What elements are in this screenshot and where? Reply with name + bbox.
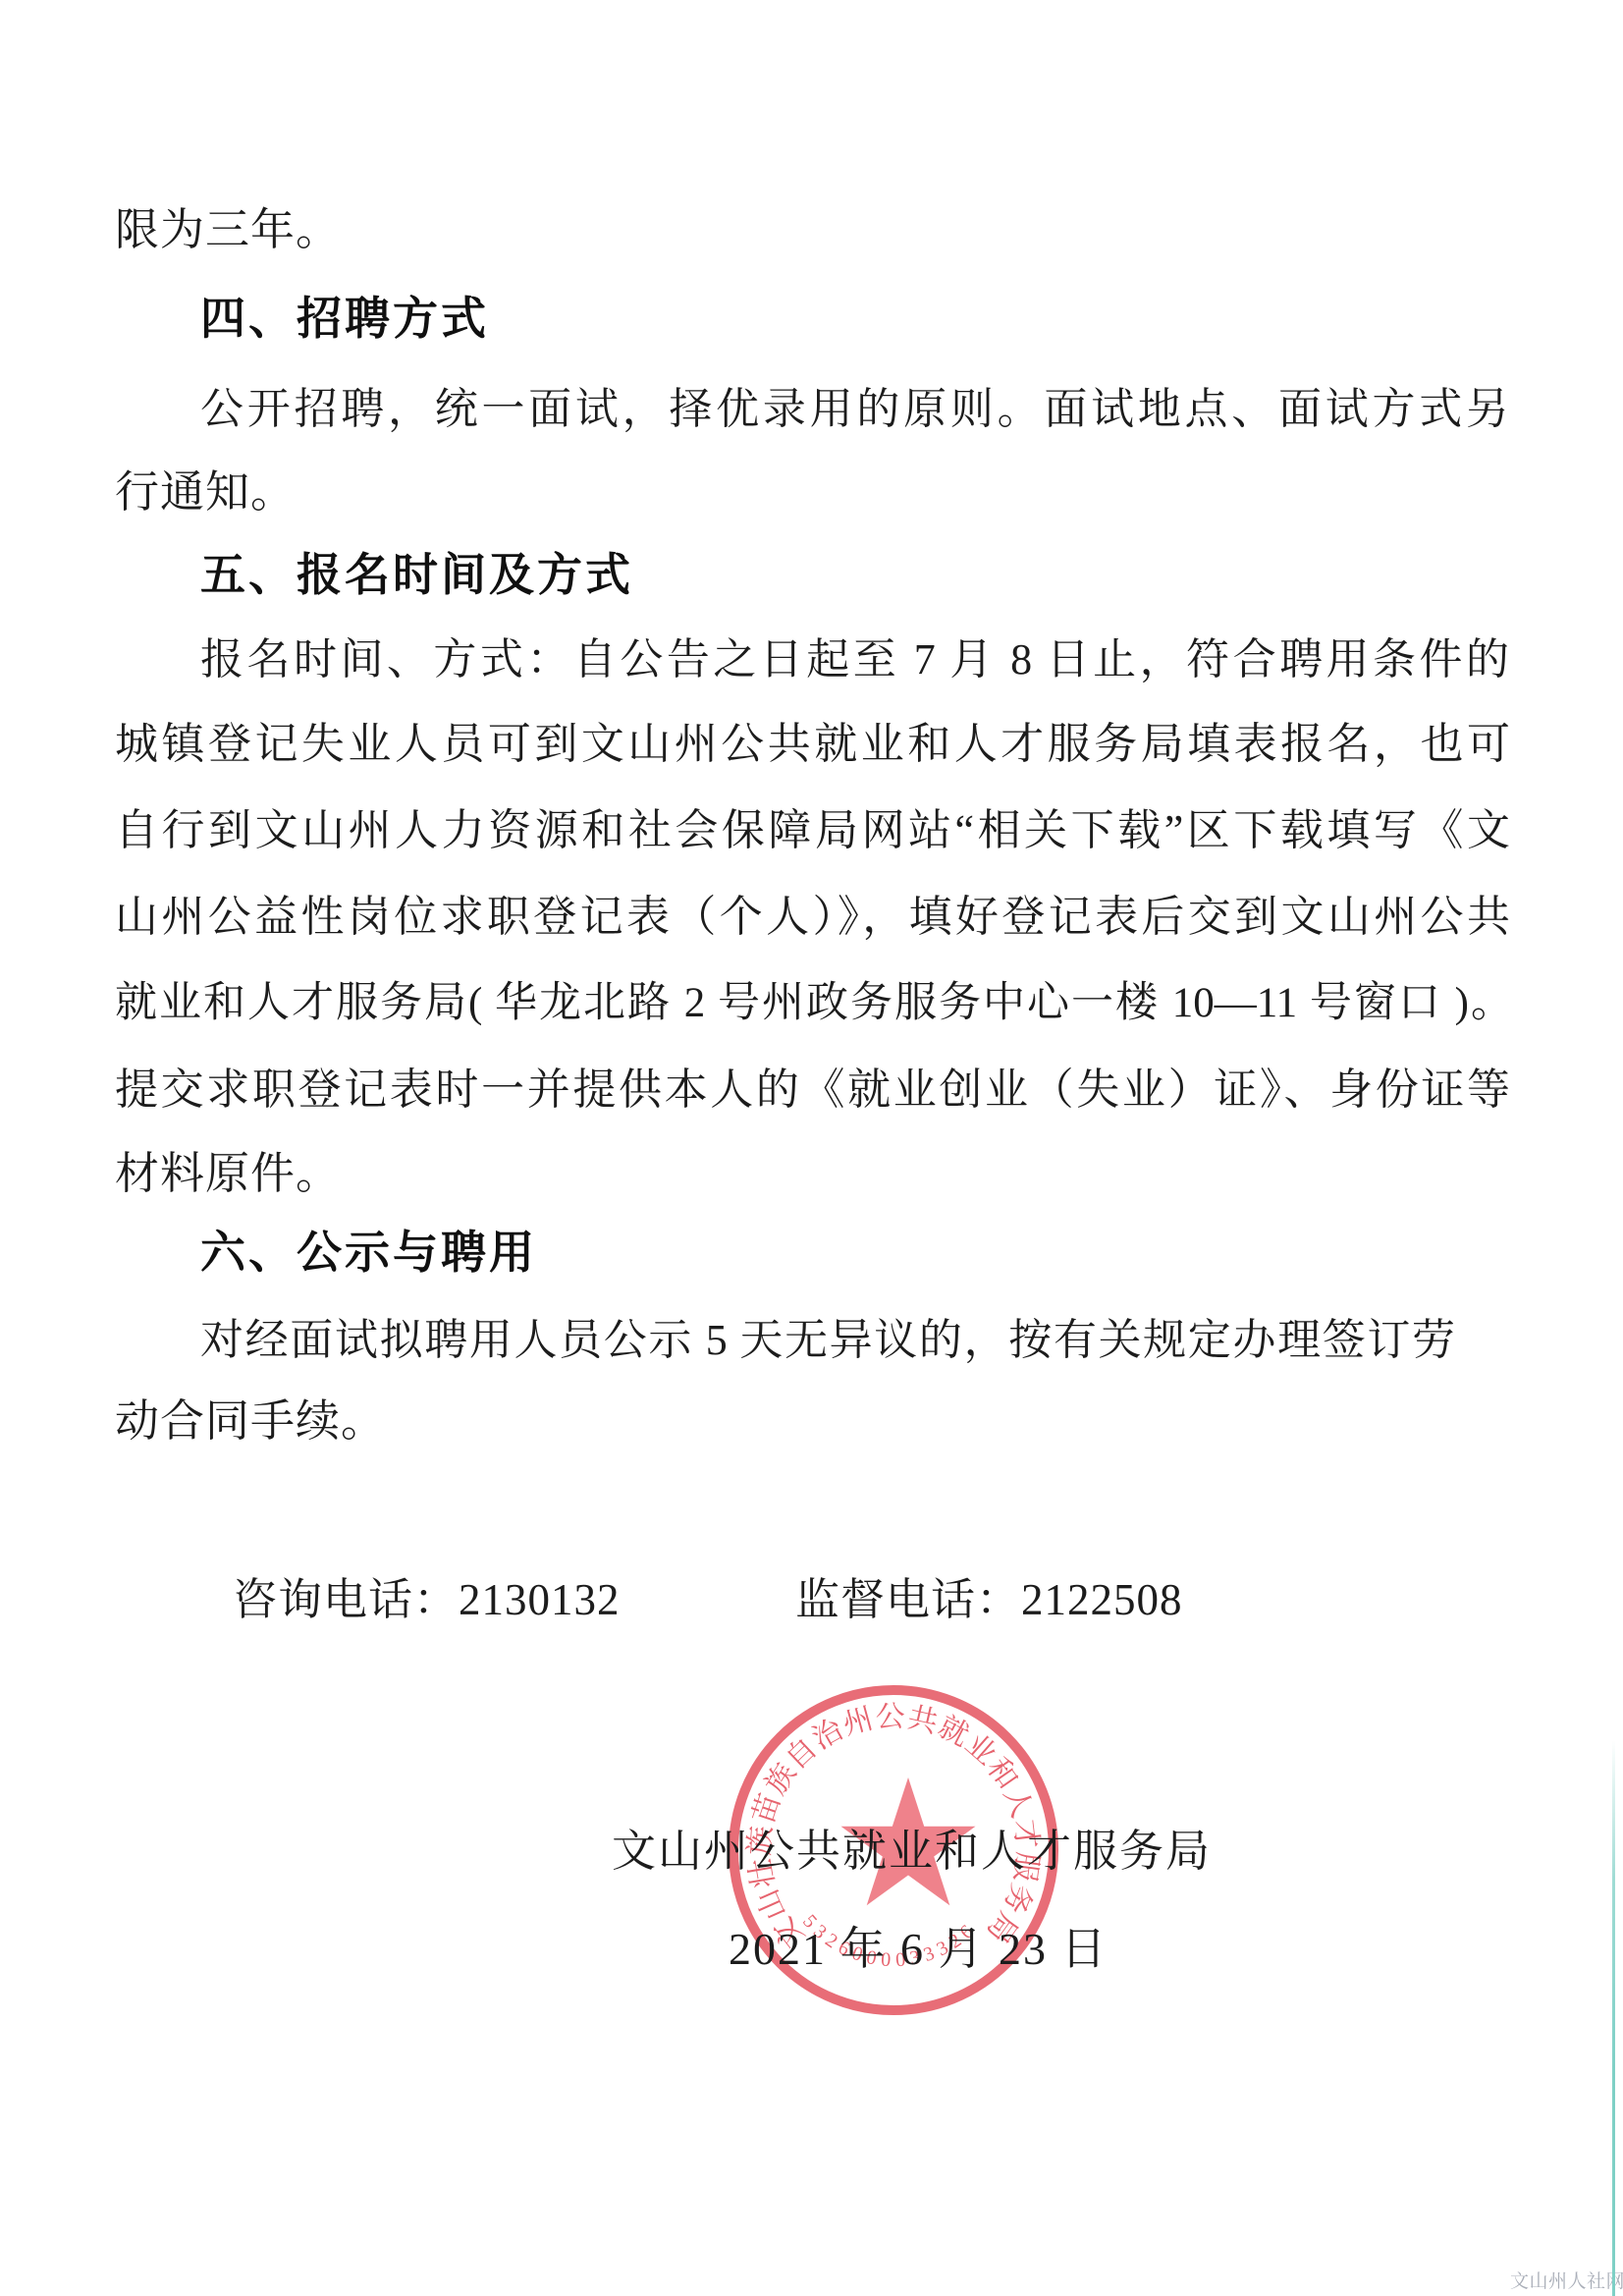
body-line: 行通知。 xyxy=(115,464,296,520)
body-line: 提交求职登记表时一并提供本人的《就业创业（失业）证》、身份证等 xyxy=(115,1062,1510,1119)
body-line: 报名时间、方式：自公告之日起至 7 月 8 日止，符合聘用条件的 xyxy=(200,631,1509,688)
body-line: 自行到文山州人力资源和社会保障局网站“相关下载”区下载填写《文 xyxy=(115,802,1510,859)
scan-edge-artifact xyxy=(1612,1740,1615,2296)
signature-date: 2021 年 6 月 23 日 xyxy=(729,1913,1109,1978)
supervision-phone: 监督电话：2122508 xyxy=(795,1563,1183,1627)
document-page: 限为三年。 四、招聘方式 公开招聘，统一面试，择优录用的原则。面试地点、面试方式… xyxy=(0,0,1623,2296)
body-line: 城镇登记失业人员可到文山州公共就业和人才服务局填表报名，也可 xyxy=(115,716,1510,773)
site-watermark: 文山州人社网 xyxy=(1510,2267,1623,2293)
section-heading-4: 四、招聘方式 xyxy=(200,290,489,347)
body-line: 限为三年。 xyxy=(115,201,341,258)
section-heading-5: 五、报名时间及方式 xyxy=(200,546,633,603)
body-line: 动合同手续。 xyxy=(115,1393,386,1449)
body-line: 公开招聘，统一面试，择优录用的原则。面试地点、面试方式另 xyxy=(200,381,1509,438)
body-line: 山州公益性岗位求职登记表（个人）》，填好登记表后交到文山州公共 xyxy=(115,889,1510,946)
body-line: 就业和人才服务局( 华龙北路 2 号州政务服务中心一楼 10—11 号窗口 )。 xyxy=(115,975,1513,1032)
signature-organization: 文山州公共就业和人才服务局 xyxy=(612,1815,1212,1879)
inquiry-phone: 咨询电话：2130132 xyxy=(233,1563,621,1627)
section-heading-6: 六、公示与聘用 xyxy=(200,1224,537,1281)
body-line: 对经面试拟聘用人员公示 5 天无异议的，按有关规定办理签订劳 xyxy=(200,1312,1455,1369)
body-line: 材料原件。 xyxy=(115,1145,341,1202)
